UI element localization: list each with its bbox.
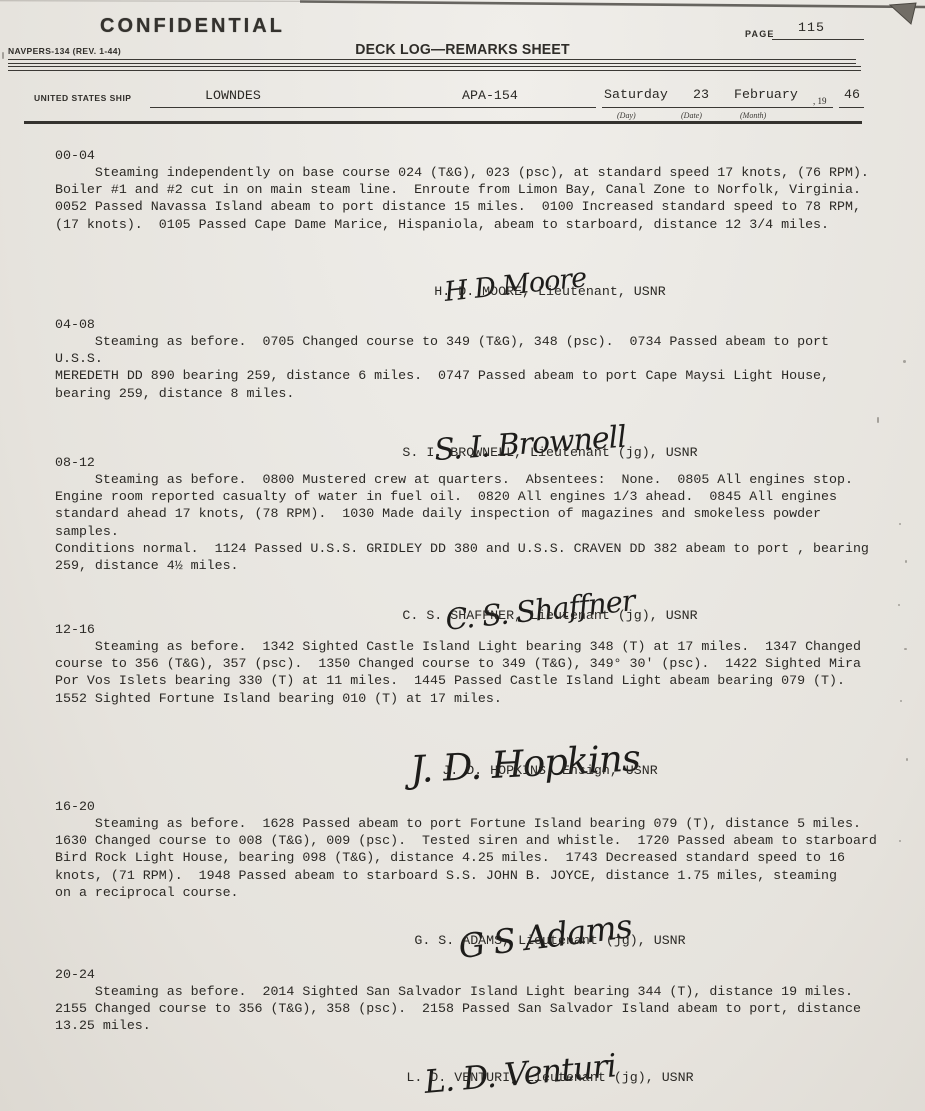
header-heavy-rule — [24, 121, 862, 124]
watch-period: 08-12 — [55, 454, 883, 471]
scan-speck — [2, 52, 4, 59]
scan-speck — [903, 360, 906, 363]
scan-speck — [900, 700, 902, 702]
page-number: 115 — [798, 20, 825, 35]
log-entry-text: Steaming as before. 1342 Sighted Castle … — [55, 638, 883, 707]
month-caption: (Month) — [740, 111, 766, 120]
log-entry-1620: 16-20 Steaming as before. 1628 Passed ab… — [55, 798, 883, 949]
page-label: PAGE — [745, 29, 775, 39]
scan-speck — [898, 604, 900, 606]
signature-block: S. I. Brownell S. I. BROWNELL, Lieutenan… — [310, 402, 790, 461]
watch-period: 12-16 — [55, 621, 883, 638]
ship-label: UNITED STATES SHIP — [34, 93, 131, 103]
signature-block: C. S. Shaffner C. S. SHAFFNER, Lieutenan… — [310, 574, 790, 624]
watch-period: 20-24 — [55, 966, 883, 983]
classification-stamp: CONFIDENTIAL — [100, 15, 285, 38]
scan-speck — [899, 523, 901, 525]
log-entry-text: Steaming as before. 0705 Changed course … — [55, 333, 883, 402]
signature-block: J. D. Hopkins J. D. HOPKINS, Ensign, USN… — [310, 707, 790, 779]
form-title: DECK LOG—REMARKS SHEET — [14, 42, 911, 58]
signature-block: G S Adams G. S. ADAMS, Lieutenant (jg), … — [310, 901, 790, 949]
year-value: 46 — [844, 87, 860, 102]
signature-block: H D Moore H. D. MOORE, Lieutenant, USNR — [310, 233, 790, 300]
ship-name: LOWNDES — [205, 88, 261, 103]
hull-number: APA-154 — [462, 88, 518, 103]
watch-period: 00-04 — [55, 147, 883, 164]
deck-log-remarks-sheet: CONFIDENTIAL NAVPERS-134 (REV. 1-44) DEC… — [0, 0, 925, 1111]
scan-speck — [877, 417, 879, 423]
scan-speck — [904, 648, 907, 650]
day-value: Saturday — [604, 87, 668, 102]
corner-fold-mark — [890, 3, 916, 24]
scan-speck — [906, 758, 908, 761]
signature-typed: L. D. VENTURI, Lieutenant (jg), USNR — [310, 1069, 790, 1086]
log-entry-text: Steaming as before. 2014 Sighted San Sal… — [55, 983, 883, 1035]
scan-speck — [905, 560, 907, 563]
signature-block: L. D. Venturi L. D. VENTURI, Lieutenant … — [310, 1035, 790, 1087]
header-rule-bottom — [8, 66, 861, 71]
day-caption: (Day) — [617, 111, 636, 120]
scan-speck — [899, 840, 901, 842]
signature-typed: G. S. ADAMS, Lieutenant (jg), USNR — [310, 932, 790, 949]
signature-typed: J. D. HOPKINS, Ensign, USNR — [310, 762, 790, 779]
watch-period: 16-20 — [55, 798, 883, 815]
date-value: 23 — [693, 87, 709, 102]
log-entry-2024: 20-24 Steaming as before. 2014 Sighted S… — [55, 966, 883, 1087]
log-entry-0812: 08-12 Steaming as before. 0800 Mustered … — [55, 454, 883, 624]
header-rule-top — [8, 59, 856, 64]
log-entry-1216: 12-16 Steaming as before. 1342 Sighted C… — [55, 621, 883, 779]
watch-period: 04-08 — [55, 316, 883, 333]
year-prefix: , 19 — [813, 96, 827, 106]
month-value: February — [734, 87, 798, 102]
log-entry-text: Steaming as before. 0800 Mustered crew a… — [55, 471, 883, 574]
log-entry-text: Steaming as before. 1628 Passed abeam to… — [55, 815, 883, 901]
log-entry-0004: 00-04 Steaming independently on base cou… — [55, 147, 883, 300]
log-entry-text: Steaming independently on base course 02… — [55, 164, 883, 233]
log-entry-0408: 04-08 Steaming as before. 0705 Changed c… — [55, 316, 883, 461]
signature-typed: H. D. MOORE, Lieutenant, USNR — [310, 283, 790, 300]
date-caption: (Date) — [681, 111, 702, 120]
